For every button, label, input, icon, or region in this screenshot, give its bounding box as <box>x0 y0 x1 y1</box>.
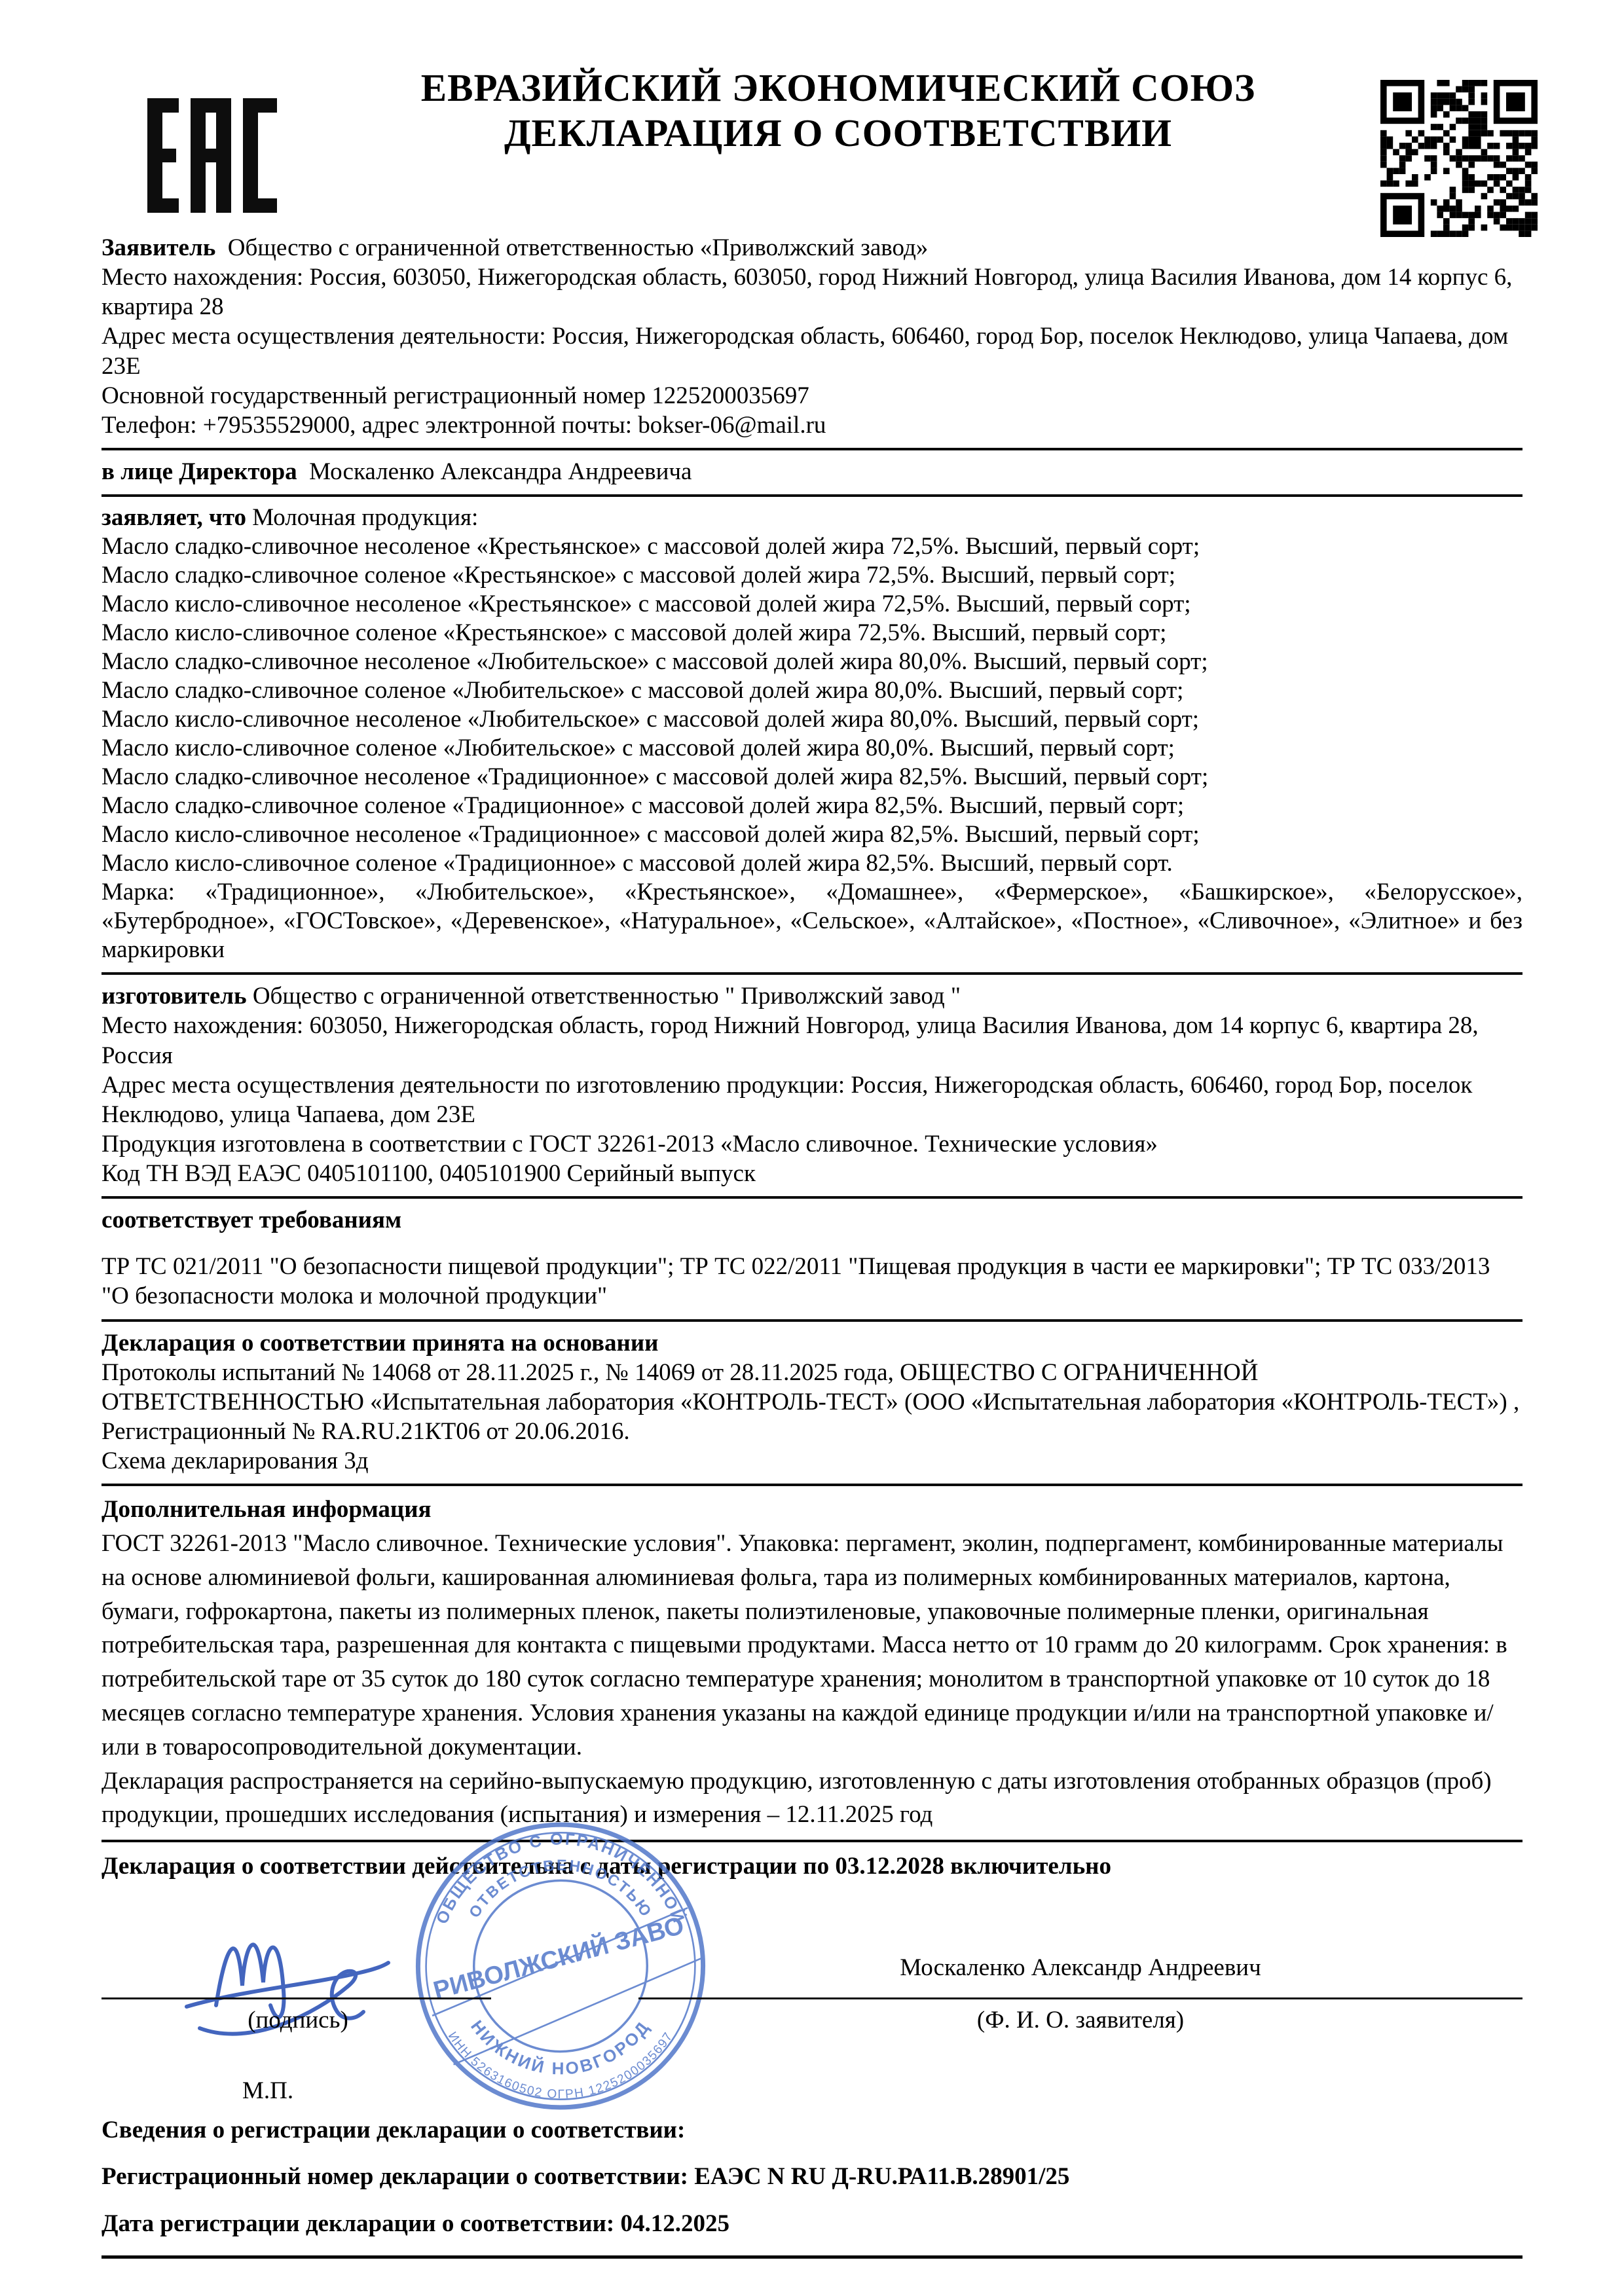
applicant-ogrn: Основной государственный регистрационный… <box>101 381 1522 410</box>
product-line: Масло кисло-сливочное соленое «Традицион… <box>101 849 1522 878</box>
fio-line <box>638 1997 1522 1999</box>
registration-info-label: Сведения о регистрации декларации о соот… <box>101 2115 1522 2145</box>
stamp-place-label: М.П. <box>242 2076 293 2105</box>
title-line-declaration: ДЕКЛАРАЦИЯ О СООТВЕТСТВИИ <box>223 111 1454 156</box>
additional-info-text: ГОСТ 32261-2013 "Масло сливочное. Технич… <box>101 1527 1522 1764</box>
registration-number-line: Регистрационный номер декларации о соотв… <box>101 2162 1522 2191</box>
signature-zone: ОБЩЕСТВО С ОГРАНИЧЕННОЙ ОТВЕТСТВЕННОСТЬЮ… <box>101 1887 1522 2104</box>
applicant-section: Заявитель Общество с ограниченной ответс… <box>101 233 1522 440</box>
product-line: Масло кисло-сливочное несоленое «Любител… <box>101 705 1522 734</box>
additional-info-label: Дополнительная информация <box>101 1493 1522 1527</box>
declares-label: заявляет, что <box>101 504 246 531</box>
product-line: Масло сладко-сливочное несоленое «Кресть… <box>101 532 1522 561</box>
validity-line: Декларация о соответствии действительна … <box>101 1851 1522 1881</box>
applicant-name: Общество с ограниченной ответственностью… <box>228 234 929 261</box>
additional-info-scope: Декларация распространяется на серийно-в… <box>101 1764 1522 1832</box>
manufacturer-section: изготовитель Общество с ограниченной отв… <box>101 981 1522 1188</box>
product-line: Масло сладко-сливочное несоленое «Любите… <box>101 647 1522 676</box>
product-line: Масло кисло-сливочное несоленое «Традици… <box>101 820 1522 849</box>
applicant-fio: Москаленко Александр Андреевич <box>638 1953 1522 1982</box>
applicant-label: Заявитель <box>101 234 215 261</box>
bottom-divider <box>101 2255 1522 2259</box>
section-divider <box>101 494 1522 497</box>
product-line: Масло кисло-сливочное соленое «Любительс… <box>101 734 1522 763</box>
applicant-phone: Телефон: +79535529000, адрес электронной… <box>101 410 1522 440</box>
products-section: заявляет, что Молочная продукция: Масло … <box>101 503 1522 964</box>
registration-section: Сведения о регистрации декларации о соот… <box>101 2115 1522 2238</box>
section-divider <box>101 1484 1522 1486</box>
basis-section: Декларация о соответствии принята на осн… <box>101 1328 1522 1476</box>
section-divider <box>101 972 1522 975</box>
representative-name: Москаленко Александра Андреевича <box>309 458 692 485</box>
brands-line: Марка: «Традиционное», «Любительское», «… <box>101 878 1522 964</box>
section-divider <box>101 1840 1522 1842</box>
registration-date-line: Дата регистрации декларации о соответств… <box>101 2209 1522 2238</box>
signature-line <box>101 1997 491 1999</box>
eac-logo <box>147 98 278 220</box>
product-line: Масло кисло-сливочное соленое «Крестьянс… <box>101 619 1522 647</box>
section-divider <box>101 1319 1522 1322</box>
fio-caption: (Ф. И. О. заявителя) <box>638 2005 1522 2035</box>
product-line: Масло сладко-сливочное соленое «Любитель… <box>101 676 1522 705</box>
manufacturer-label: изготовитель <box>101 983 247 1010</box>
manufacturer-name: Общество с ограниченной ответственностью… <box>253 983 961 1010</box>
manufacturer-address: Место нахождения: 603050, Нижегородская … <box>101 1011 1522 1070</box>
declares-intro: Молочная продукция: <box>252 504 478 531</box>
manufacturer-tnved: Код ТН ВЭД ЕАЭС 0405101100, 0405101900 С… <box>101 1159 1522 1188</box>
qr-code <box>1380 80 1538 244</box>
representative-label: в лице Директора <box>101 458 297 485</box>
compliance-section: соответствует требованиям ТР ТС 021/2011… <box>101 1205 1522 1311</box>
basis-text: Протоколы испытаний № 14068 от 28.11.202… <box>101 1358 1522 1446</box>
compliance-label: соответствует требованиям <box>101 1205 1522 1235</box>
representative-section: в лице Директора Москаленко Александра А… <box>101 457 1522 486</box>
title-line-union: ЕВРАЗИЙСКИЙ ЭКОНОМИЧЕСКИЙ СОЮЗ <box>223 65 1454 111</box>
declaration-document: ЕВРАЗИЙСКИЙ ЭКОНОМИЧЕСКИЙ СОЮЗ ДЕКЛАРАЦИ… <box>0 0 1624 2296</box>
manufacturer-production-address: Адрес места осуществления деятельности п… <box>101 1070 1522 1129</box>
manufacturer-gost: Продукция изготовлена в соответствии с Г… <box>101 1129 1522 1159</box>
signature-caption: (подпись) <box>141 2005 455 2035</box>
additional-info-section: Дополнительная информация ГОСТ 32261-201… <box>101 1493 1522 1832</box>
product-line: Масло сладко-сливочное соленое «Крестьян… <box>101 561 1522 590</box>
product-line: Масло кисло-сливочное несоленое «Крестья… <box>101 590 1522 619</box>
section-divider <box>101 448 1522 450</box>
eac-logo-icon <box>147 98 278 213</box>
product-line: Масло сладко-сливочное соленое «Традицио… <box>101 792 1522 820</box>
section-divider <box>101 1196 1522 1199</box>
basis-label: Декларация о соответствии принята на осн… <box>101 1328 1522 1358</box>
qr-code-icon <box>1380 80 1538 237</box>
applicant-address: Место нахождения: Россия, 603050, Нижего… <box>101 263 1522 321</box>
compliance-text: ТР ТС 021/2011 "О безопасности пищевой п… <box>101 1252 1522 1311</box>
applicant-activity-address: Адрес места осуществления деятельности: … <box>101 321 1522 380</box>
basis-scheme: Схема декларирования 3д <box>101 1446 1522 1476</box>
product-line: Масло сладко-сливочное несоленое «Традиц… <box>101 763 1522 792</box>
